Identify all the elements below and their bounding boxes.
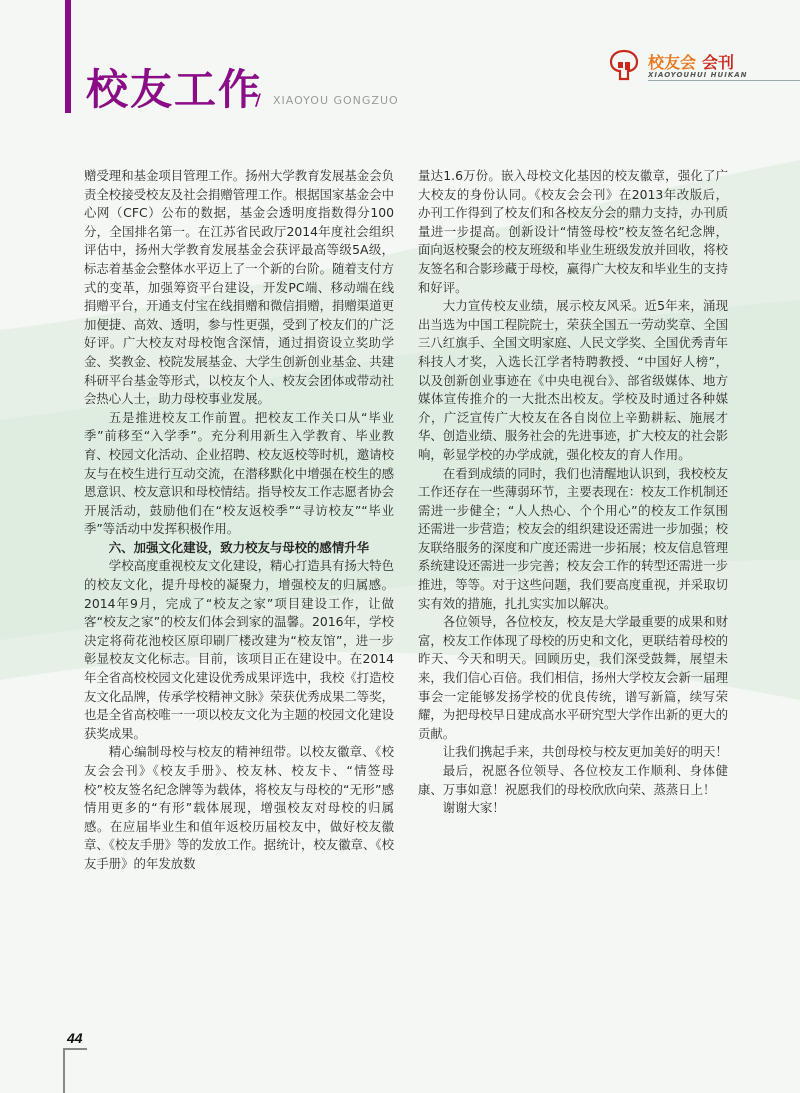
- magazine-divider: [648, 80, 800, 81]
- magazine-name-part1: 校友会: [648, 53, 696, 72]
- accent-bar: [65, 0, 71, 113]
- page-corner-line: [63, 1048, 87, 1050]
- paragraph: 谢谢大家！: [418, 799, 728, 818]
- paragraph: 五是推进校友工作前置。把校友工作关口从“毕业季”前移至“入学季”。充分利用新生入…: [84, 409, 394, 539]
- page-corner-line: [63, 1048, 65, 1093]
- right-column: 量达1.6万份。嵌入母校文化基因的校友徽章，强化了广大校友的身份认同。《校友会会…: [418, 167, 728, 818]
- page-number: 44: [67, 1030, 83, 1046]
- paragraph: 最后，祝愿各位领导、各位校友工作顺利、身体健康、万事如意！祝愿我们的母校欣欣向荣…: [418, 762, 728, 799]
- title-separator: /: [255, 90, 261, 109]
- magazine-pinyin: XIAOYOUHUI HUIKAN: [648, 71, 748, 79]
- paragraph: 各位领导，各位校友，校友是大学最重要的成果和财富，校友工作体现了母校的历史和文化…: [418, 613, 728, 743]
- paragraph: 让我们携起手来，共创母校与校友更加美好的明天！: [418, 743, 728, 762]
- magazine-name: 校友会会刊: [648, 50, 734, 73]
- paragraph: 大力宣传校友业绩，展示校友风采。近5年来，涌现出当选为中国工程院院士，荣获全国五…: [418, 297, 728, 464]
- section-title: 校友工作: [86, 66, 262, 114]
- section-heading: 六、加强文化建设，致力校友与母校的感情升华: [84, 539, 394, 558]
- paragraph: 赠受理和基金项目管理工作。扬州大学教育发展基金会负责全校接受校友及社会捐赠管理工…: [84, 167, 394, 409]
- paragraph: 精心编制母校与校友的精神纽带。以校友徽章、《校友会会刊》《校友手册》、校友林、校…: [84, 743, 394, 873]
- paragraph: 量达1.6万份。嵌入母校文化基因的校友徽章，强化了广大校友的身份认同。《校友会会…: [418, 167, 728, 297]
- paragraph: 在看到成绩的同时，我们也清醒地认识到，我校校友工作还存在一些薄弱环节，主要表现在…: [418, 465, 728, 614]
- magazine-name-part2: 会刊: [702, 53, 734, 72]
- tree-emblem-icon: [607, 48, 641, 82]
- section-title-pinyin: XIAOYOU GONGZUO: [273, 94, 399, 107]
- paragraph: 学校高度重视校友文化建设，精心打造具有扬大特色的校友文化，提升母校的凝聚力，增强…: [84, 557, 394, 743]
- left-column: 赠受理和基金项目管理工作。扬州大学教育发展基金会负责全校接受校友及社会捐赠管理工…: [84, 167, 394, 874]
